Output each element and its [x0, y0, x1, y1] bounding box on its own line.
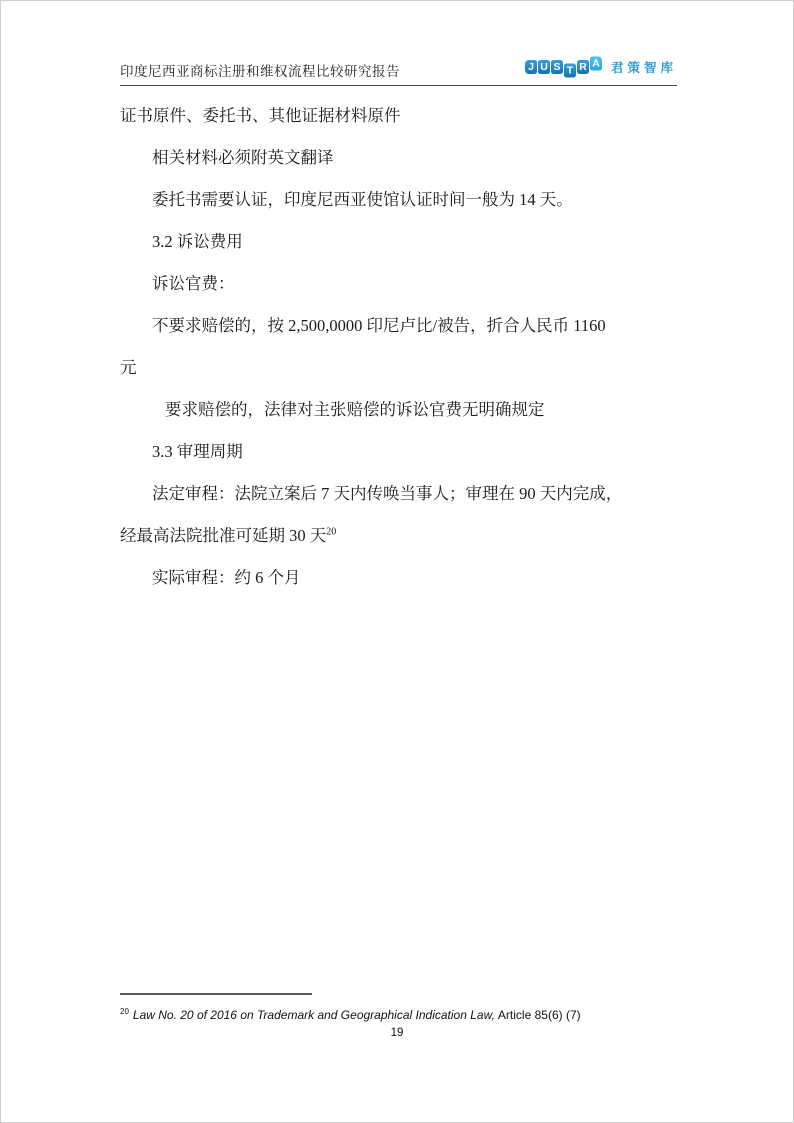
paragraph: 诉讼官费： — [120, 263, 682, 305]
logo-letter: A — [590, 57, 602, 71]
footnote-marker: 20 — [120, 1007, 129, 1016]
document-body: 证书原件、委托书、其他证据材料原件 相关材料必须附英文翻译 委托书需要认证，印度… — [120, 95, 682, 599]
paragraph: 相关材料必须附英文翻译 — [120, 137, 682, 179]
justra-logo-letters: J U S T R A — [525, 60, 603, 74]
logo-letter: T — [564, 64, 576, 78]
paragraph: 实际审程：约 6 个月 — [120, 557, 682, 599]
page-number: 19 — [1, 1027, 793, 1039]
paragraph: 不要求赔偿的，按 2,500,0000 印尼卢比/被告，折合人民币 1160 — [120, 305, 682, 347]
section-heading: 3.2 诉讼费用 — [120, 221, 682, 263]
logo-letter: U — [538, 60, 550, 74]
paragraph: 证书原件、委托书、其他证据材料原件 — [120, 95, 682, 137]
page-header: 印度尼西亚商标注册和维权流程比较研究报告 J U S T R A 君策智库 — [120, 57, 677, 86]
paragraph: 经最高法院批准可延期 30 天20 — [120, 515, 682, 557]
report-title: 印度尼西亚商标注册和维权流程比较研究报告 — [120, 60, 400, 80]
section-heading: 3.3 审理周期 — [120, 431, 682, 473]
paragraph: 委托书需要认证，印度尼西亚使馆认证时间一般为 14 天。 — [120, 179, 682, 221]
paragraph: 法定审程：法院立案后 7 天内传唤当事人；审理在 90 天内完成， — [120, 473, 682, 515]
footnote-article: Article 85(6) (7) — [498, 1008, 581, 1022]
logo-letter: S — [551, 60, 563, 74]
brand-text: 君策智库 — [611, 58, 677, 76]
document-page: 印度尼西亚商标注册和维权流程比较研究报告 J U S T R A 君策智库 证书… — [0, 0, 794, 1123]
logo-letter: J — [525, 60, 537, 74]
footnote: 20Law No. 20 of 2016 on Trademark and Ge… — [120, 1007, 720, 1022]
justra-logo: J U S T R A 君策智库 — [525, 58, 677, 76]
logo-letter: R — [577, 60, 589, 74]
paragraph-text: 经最高法院批准可延期 30 天 — [120, 526, 326, 545]
paragraph: 元 — [120, 347, 682, 389]
footnote-ref: 20 — [326, 527, 336, 538]
footnote-separator — [120, 993, 312, 995]
footnote-citation: Law No. 20 of 2016 on Trademark and Geog… — [133, 1008, 495, 1022]
paragraph: 要求赔偿的，法律对主张赔偿的诉讼官费无明确规定 — [120, 389, 682, 431]
